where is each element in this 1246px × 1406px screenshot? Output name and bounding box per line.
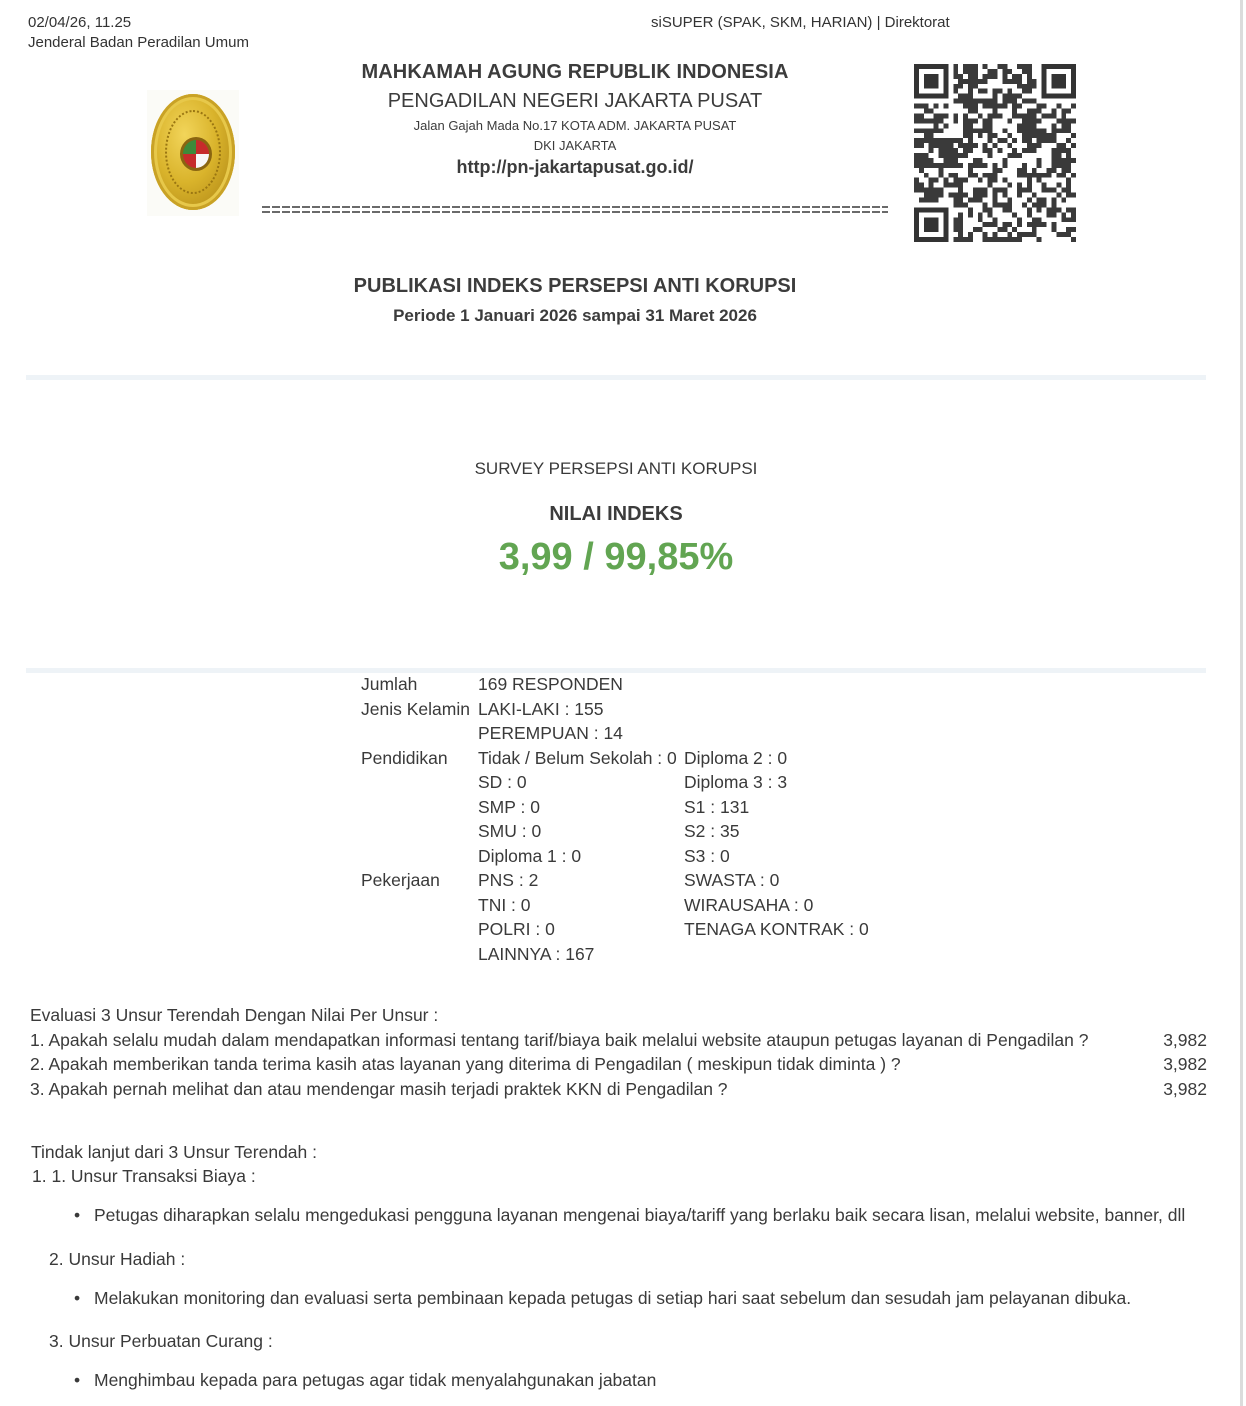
gender-label: Jenis Kelamin	[361, 697, 470, 722]
double-dash-divider	[262, 206, 888, 216]
occupation-item: SWASTA : 0	[684, 868, 779, 893]
evaluation-item: 2. Apakah memberikan tanda terima kasih …	[30, 1052, 1210, 1077]
occupation-item: TNI : 0	[478, 893, 531, 918]
emblem-icon	[151, 94, 235, 210]
education-item: Diploma 3 : 3	[684, 770, 787, 795]
court-website-link[interactable]: http://pn-jakartapusat.go.id/	[260, 157, 890, 178]
occupation-item: POLRI : 0	[478, 917, 555, 942]
qr-code-icon	[914, 64, 1076, 242]
publication-period: Periode 1 Januari 2026 sampai 31 Maret 2…	[250, 306, 900, 326]
education-item: Tidak / Belum Sekolah : 0	[478, 746, 677, 771]
evaluation-item: 1. Apakah selalu mudah dalam mendapatkan…	[30, 1028, 1210, 1053]
occupation-item: LAINNYA : 167	[478, 942, 594, 967]
print-title: siSUPER (SPAK, SKM, HARIAN) | Direktorat	[651, 13, 950, 32]
education-item: Diploma 1 : 0	[478, 844, 581, 869]
institution-name: MAHKAMAH AGUNG REPUBLIK INDONESIA	[260, 61, 890, 84]
education-item: Diploma 2 : 0	[684, 746, 787, 771]
education-item: SMU : 0	[478, 819, 541, 844]
survey-label: SURVEY PERSEPSI ANTI KORUPSI	[316, 459, 916, 479]
follow-up-heading: Tindak lanjut dari 3 Unsur Terendah :	[31, 1140, 317, 1164]
section-divider	[26, 375, 1206, 380]
gender-female: PEREMPUAN : 14	[478, 721, 623, 746]
evaluation-item: 3. Apakah pernah melihat dan atau menden…	[30, 1077, 1210, 1102]
education-item: S1 : 131	[684, 795, 749, 820]
court-province: DKI JAKARTA	[260, 138, 890, 153]
print-title-continued: Jenderal Badan Peradilan Umum	[28, 33, 249, 52]
follow-up-title: 1. 1. Unsur Transaksi Biaya :	[32, 1164, 256, 1188]
shield-icon	[180, 137, 212, 171]
total-label: Jumlah	[361, 672, 417, 697]
evaluation-score: 3,982	[1163, 1077, 1207, 1102]
education-label: Pendidikan	[361, 746, 448, 771]
follow-up-title: 2. Unsur Hadiah :	[49, 1247, 185, 1271]
follow-up-action: Petugas diharapkan selalu mengedukasi pe…	[94, 1203, 1185, 1227]
follow-up-title: 3. Unsur Perbuatan Curang :	[49, 1329, 273, 1353]
total-value: 169 RESPONDEN	[478, 672, 623, 697]
court-name: PENGADILAN NEGERI JAKARTA PUSAT	[260, 90, 890, 113]
page-edge	[1240, 0, 1243, 1406]
education-item: S3 : 0	[684, 844, 730, 869]
occupation-item: PNS : 2	[478, 868, 538, 893]
evaluation-section: Evaluasi 3 Unsur Terendah Dengan Nilai P…	[30, 1003, 1210, 1101]
evaluation-score: 3,982	[1163, 1052, 1207, 1077]
evaluation-question: 1. Apakah selalu mudah dalam mendapatkan…	[30, 1030, 1088, 1050]
education-item: S2 : 35	[684, 819, 739, 844]
education-item: SD : 0	[478, 770, 527, 795]
gender-male: LAKI-LAKI : 155	[478, 697, 604, 722]
print-datetime: 02/04/26, 11.25	[28, 13, 131, 32]
publication-title: PUBLIKASI INDEKS PERSEPSI ANTI KORUPSI	[250, 275, 900, 298]
evaluation-question: 3. Apakah pernah melihat dan atau menden…	[30, 1079, 728, 1099]
index-label: NILAI INDEKS	[316, 503, 916, 526]
evaluation-heading: Evaluasi 3 Unsur Terendah Dengan Nilai P…	[30, 1003, 1210, 1028]
evaluation-question: 2. Apakah memberikan tanda terima kasih …	[30, 1054, 901, 1074]
follow-up-action: Melakukan monitoring dan evaluasi serta …	[94, 1286, 1131, 1310]
court-address: Jalan Gajah Mada No.17 KOTA ADM. JAKARTA…	[260, 118, 890, 133]
index-value: 3,99 / 99,85%	[316, 536, 916, 579]
occupation-item: WIRAUSAHA : 0	[684, 893, 813, 918]
evaluation-score: 3,982	[1163, 1028, 1207, 1053]
court-emblem	[147, 90, 239, 216]
education-item: SMP : 0	[478, 795, 540, 820]
follow-up-action: Menghimbau kepada para petugas agar tida…	[94, 1368, 656, 1392]
occupation-item: TENAGA KONTRAK : 0	[684, 917, 869, 942]
occupation-label: Pekerjaan	[361, 868, 440, 893]
